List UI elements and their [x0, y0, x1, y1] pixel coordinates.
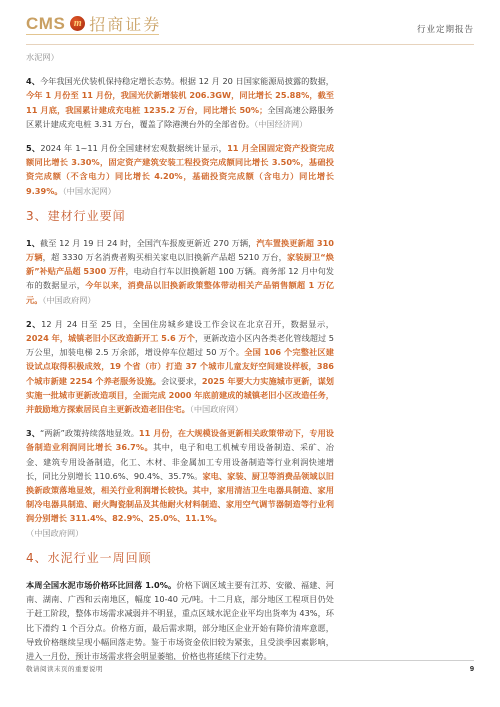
logo-m-icon: m [70, 16, 85, 31]
news-item-5: 5、2024 年 1~11 月份全国建材宏观数据统计显示，11 月全国固定资产投… [26, 141, 334, 198]
footer-disclaimer: 敬请阅读末页的重要说明 [26, 664, 103, 673]
industry-news-item-2: 2、12 月 24 日至 25 日，全国住房城乡建设工作会议在北京召开，数据显示… [26, 317, 334, 416]
cement-weekly-paragraph: 本周全国水泥市场价格环比回落 1.0%。价格下调区域主要有江苏、安徽、福建、河南… [26, 578, 334, 663]
prev-item-source: 水泥网） [26, 50, 334, 64]
news-item-4: 4、今年我国光伏装机保持稳定增长态势。根据 12 月 20 日国家能源局披露的数… [26, 74, 334, 131]
logo-text-cn: 招商证券 [89, 12, 161, 35]
cms-logo: CMS m 招商证券 [26, 12, 161, 35]
header-divider [26, 44, 474, 45]
industry-news-item-3: 3、“两新”政策持续落地显效。11 月份，在大规模设备更新相关政策带动下，专用设… [26, 426, 334, 540]
page-header: CMS m 招商证券 行业定期报告 [26, 10, 474, 46]
section-title-industry-news: 3、建材行业要闻 [26, 208, 334, 224]
industry-news-item-1: 1、截至 12 月 19 日 24 时，全国汽车报废更新近 270 万辆，汽车置… [26, 236, 334, 307]
page-number: 9 [470, 664, 474, 673]
logo-text-en: CMS [26, 14, 65, 34]
footer-divider [26, 660, 474, 661]
report-type-label: 行业定期报告 [417, 23, 474, 35]
page-content: 水泥网） 4、今年我国光伏装机保持稳定增长态势。根据 12 月 20 日国家能源… [26, 50, 334, 663]
section-title-cement-weekly-review: 4、水泥行业一周回顾 [26, 550, 334, 566]
logo-underline [26, 34, 159, 35]
